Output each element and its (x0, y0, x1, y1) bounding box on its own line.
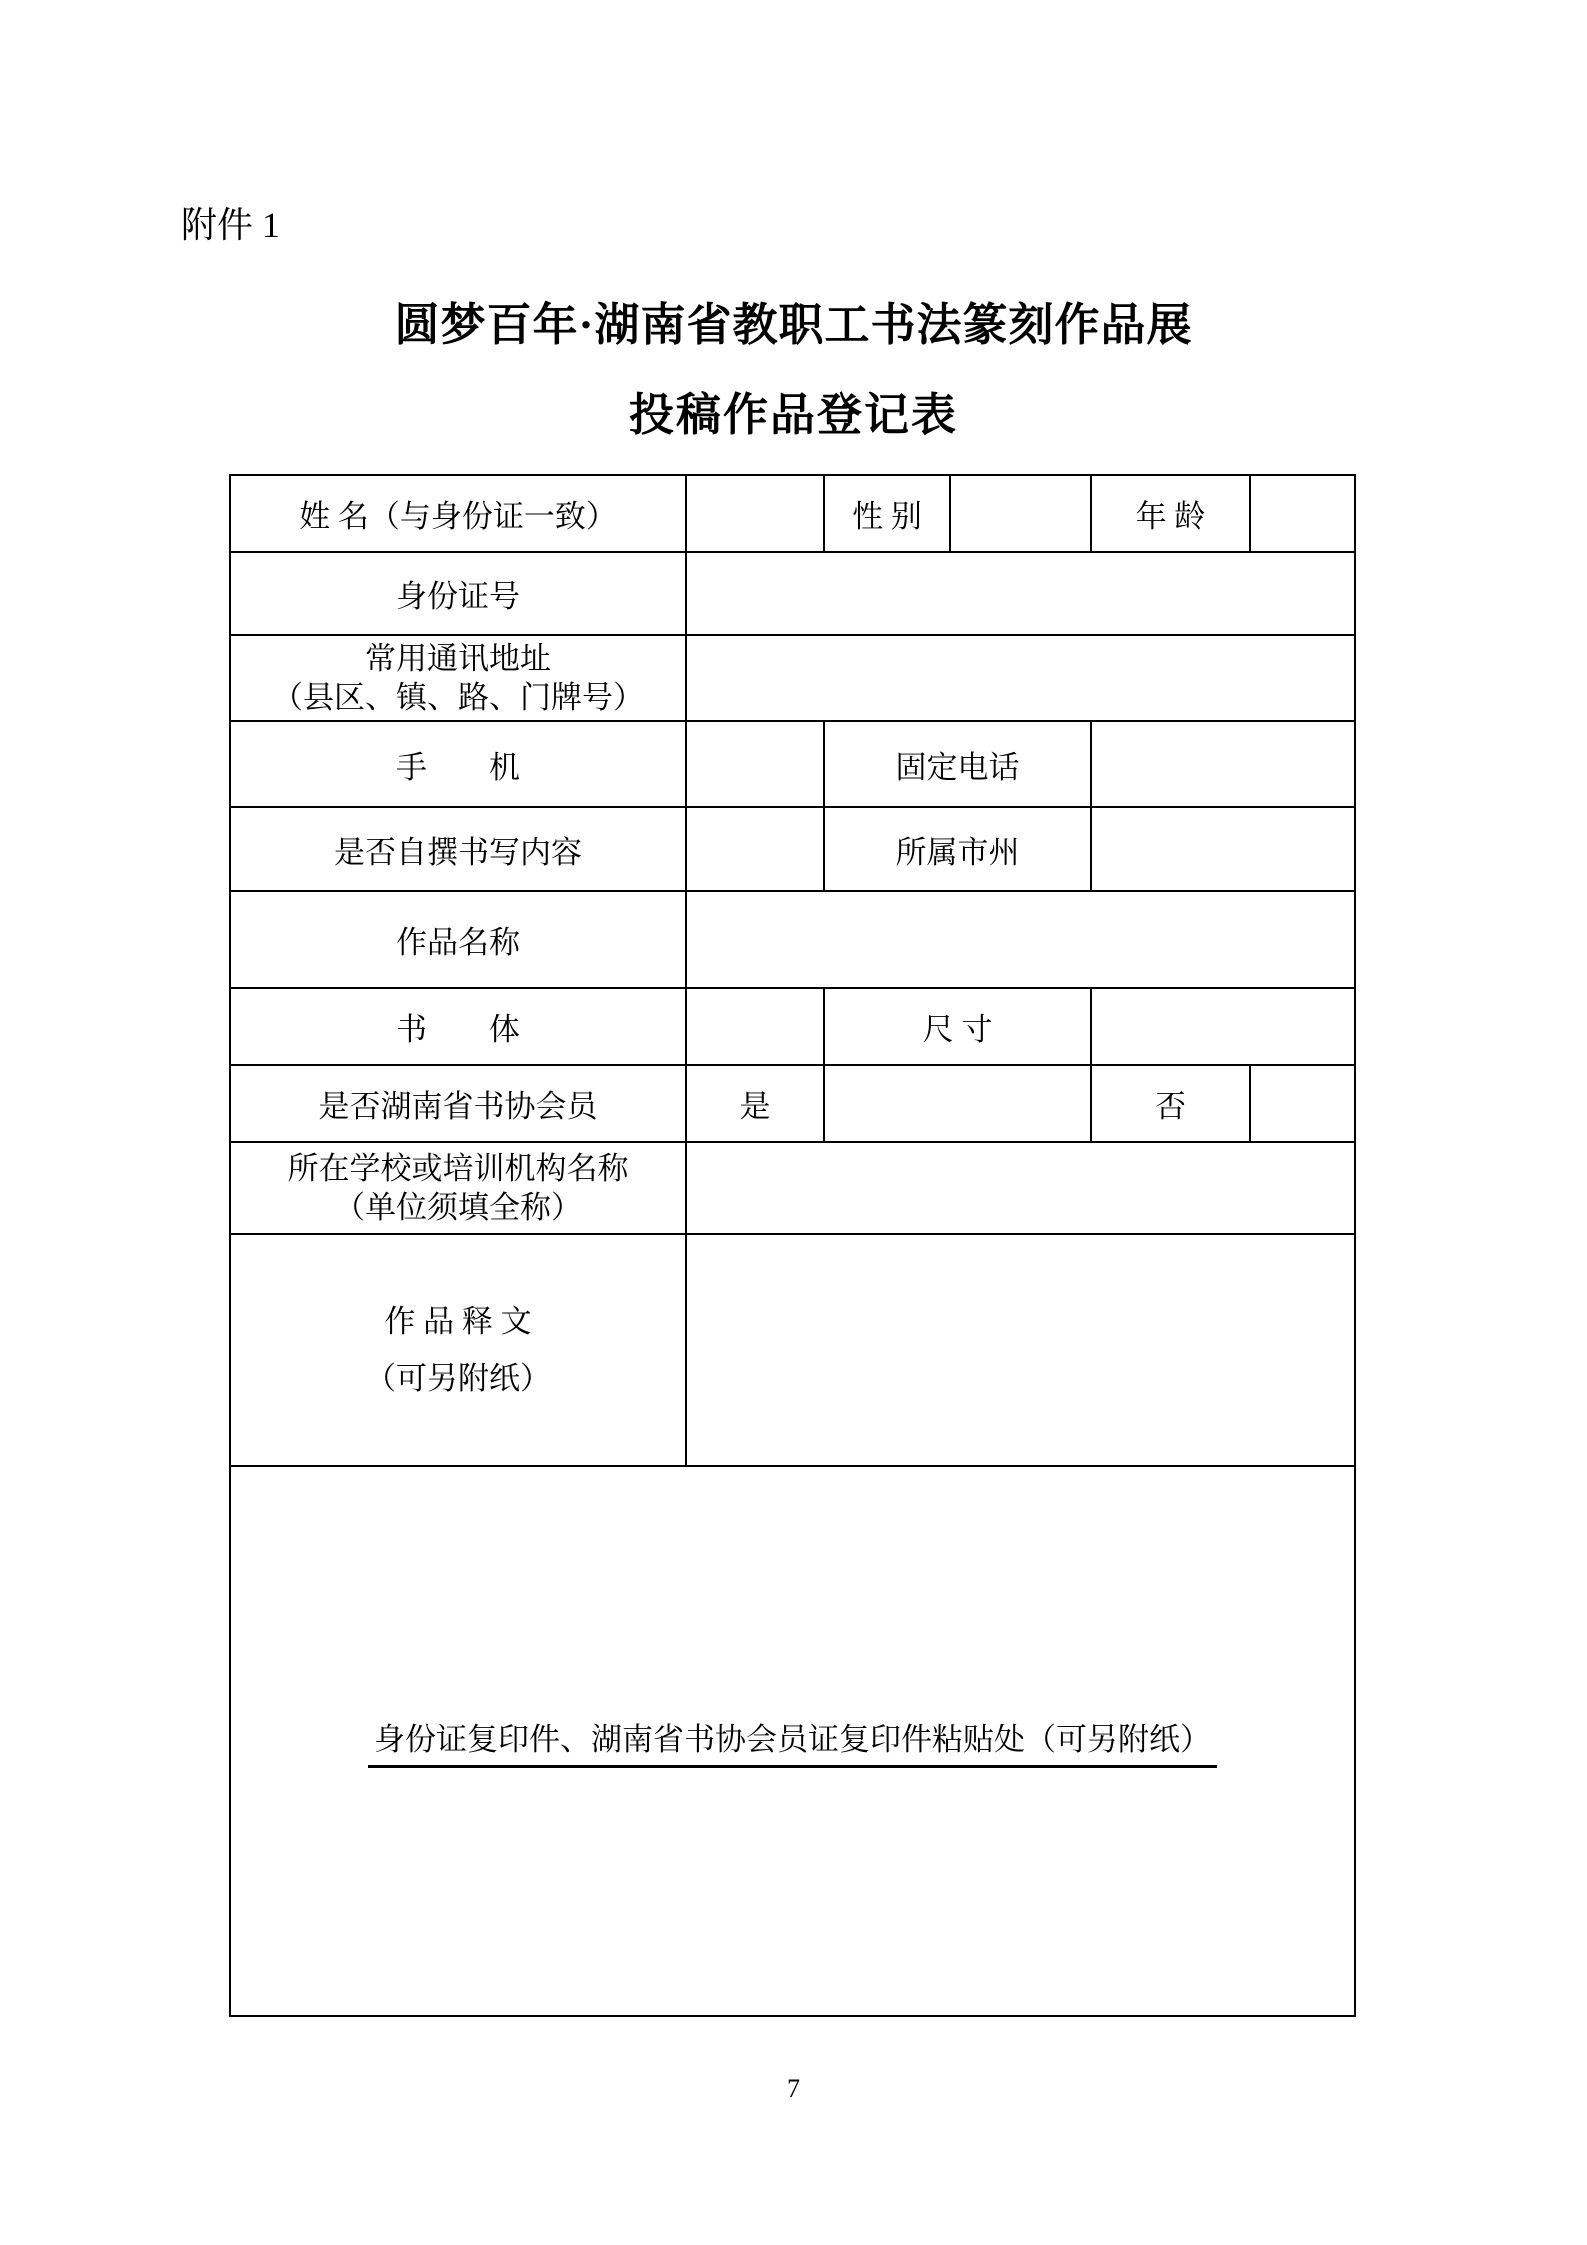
script-style-label: 书 体 (230, 988, 686, 1065)
table-row-mobile: 手 机 固定电话 (230, 721, 1355, 807)
landline-input-cell[interactable] (1091, 721, 1355, 807)
address-input-cell[interactable] (686, 635, 1355, 721)
size-input-cell[interactable] (1091, 988, 1355, 1065)
name-label: 姓 名（与身份证一致） (230, 475, 686, 552)
table-row-script-style: 书 体 尺 寸 (230, 988, 1355, 1065)
table-row-self-composed: 是否自撰书写内容 所属市州 (230, 807, 1355, 891)
school-label: 所在学校或培训机构名称 （单位须填全称） (230, 1142, 686, 1234)
id-number-input-cell[interactable] (686, 552, 1355, 635)
table-row-name: 姓 名（与身份证一致） 性 别 年 龄 (230, 475, 1355, 552)
main-title: 圆梦百年·湖南省教职工书法篆刻作品展 (0, 296, 1587, 355)
age-label: 年 龄 (1091, 475, 1250, 552)
age-input-cell[interactable] (1250, 475, 1355, 552)
paste-area-label: 身份证复印件、湖南省书协会员证复印件粘贴处（可另附纸） (368, 1714, 1217, 1768)
explanation-input-cell[interactable] (686, 1234, 1355, 1466)
explanation-label-line1: 作 品 释 文 (231, 1293, 685, 1350)
paste-area-cell[interactable]: 身份证复印件、湖南省书协会员证复印件粘贴处（可另附纸） (230, 1466, 1355, 2016)
name-input-cell[interactable] (686, 475, 824, 552)
explanation-label-line2: （可另附纸） (231, 1350, 685, 1407)
self-composed-input-cell[interactable] (686, 807, 824, 891)
address-label-line2: （县区、镇、路、门牌号） (231, 678, 685, 717)
table-row-id-number: 身份证号 (230, 552, 1355, 635)
school-label-line1: 所在学校或培训机构名称 (231, 1149, 685, 1188)
member-no-input-cell[interactable] (1250, 1065, 1355, 1142)
document-page: 附件 1 圆梦百年·湖南省教职工书法篆刻作品展 投稿作品登记表 姓 名（与身份证… (0, 0, 1587, 2245)
member-no-label: 否 (1091, 1065, 1250, 1142)
gender-input-cell[interactable] (950, 475, 1091, 552)
table-row-paste-area: 身份证复印件、湖南省书协会员证复印件粘贴处（可另附纸） (230, 1466, 1355, 2016)
landline-label: 固定电话 (824, 721, 1091, 807)
id-number-label: 身份证号 (230, 552, 686, 635)
table-row-work-title: 作品名称 (230, 891, 1355, 988)
table-row-address: 常用通讯地址 （县区、镇、路、门牌号） (230, 635, 1355, 721)
table-row-explanation: 作 品 释 文 （可另附纸） (230, 1234, 1355, 1466)
page-number: 7 (0, 2074, 1587, 2104)
work-title-input-cell[interactable] (686, 891, 1355, 988)
city-input-cell[interactable] (1091, 807, 1355, 891)
attachment-label: 附件 1 (181, 204, 280, 247)
explanation-label: 作 品 释 文 （可另附纸） (230, 1234, 686, 1466)
sub-title: 投稿作品登记表 (0, 386, 1587, 445)
script-style-input-cell[interactable] (686, 988, 824, 1065)
school-label-line2: （单位须填全称） (231, 1188, 685, 1227)
member-yes-input-cell[interactable] (824, 1065, 1091, 1142)
size-label: 尺 寸 (824, 988, 1091, 1065)
member-yes-label: 是 (686, 1065, 824, 1142)
address-label: 常用通讯地址 （县区、镇、路、门牌号） (230, 635, 686, 721)
city-label: 所属市州 (824, 807, 1091, 891)
self-composed-label: 是否自撰书写内容 (230, 807, 686, 891)
table-row-membership: 是否湖南省书协会员 是 否 (230, 1065, 1355, 1142)
address-label-line1: 常用通讯地址 (231, 639, 685, 678)
school-input-cell[interactable] (686, 1142, 1355, 1234)
work-title-label: 作品名称 (230, 891, 686, 988)
mobile-input-cell[interactable] (686, 721, 824, 807)
member-label: 是否湖南省书协会员 (230, 1065, 686, 1142)
table-row-school: 所在学校或培训机构名称 （单位须填全称） (230, 1142, 1355, 1234)
gender-label: 性 别 (824, 475, 950, 552)
mobile-label: 手 机 (230, 721, 686, 807)
registration-table: 姓 名（与身份证一致） 性 别 年 龄 身份证号 常用通讯地址 （县区、镇、路、… (229, 474, 1356, 2017)
